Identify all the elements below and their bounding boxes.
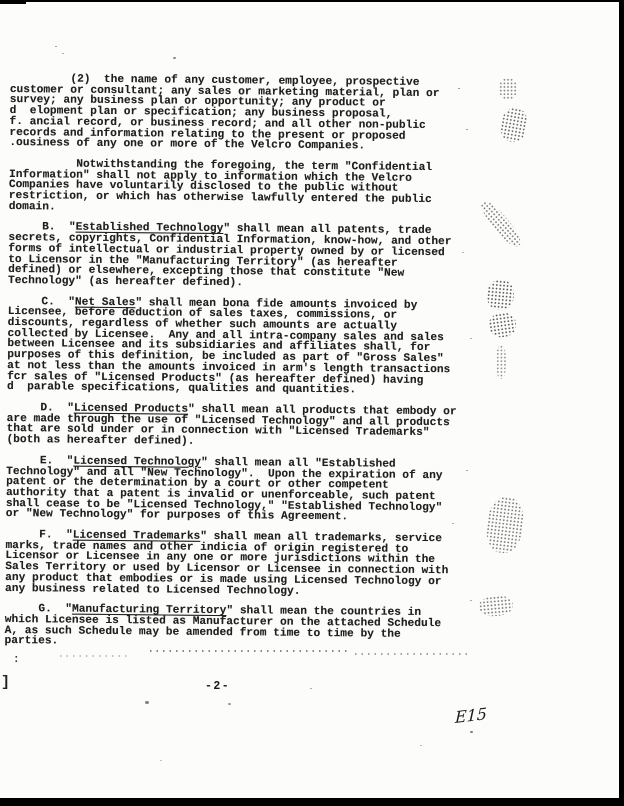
scan-noise-dot [470, 731, 473, 733]
scan-noise-smudge [487, 311, 517, 339]
scan-noise-smudge [477, 197, 525, 250]
paragraph-definition-d-licensed-products: D. "Licensed Products" shall mean all pr… [6, 403, 480, 450]
scan-noise-dot [173, 57, 176, 59]
scan-noise-dot [466, 470, 468, 471]
document-body: (2) the name of any customer, employee, … [4, 74, 484, 662]
scan-noise-smudge [478, 595, 514, 618]
scan-noise-dotted-line [60, 655, 130, 657]
paragraph-clause-2: (2) the name of any customer, employee, … [9, 74, 484, 153]
handwritten-exhibit-mark: E15 [455, 704, 487, 727]
scan-noise-dot [310, 688, 312, 689]
scan-noise-dot [466, 129, 468, 130]
scan-border-top [0, 0, 624, 2]
scan-border-bottom [0, 798, 619, 806]
scan-noise-dot [160, 760, 162, 761]
paragraph-definition-f-licensed-trademarks: F. "Licensed Trademarks" shall mean all … [5, 530, 480, 599]
scan-noise-dot [228, 703, 231, 705]
paragraph-definition-c-net-sales: C. "Net Sales" shall mean bona fide amou… [7, 297, 482, 398]
scan-noise-dot [458, 88, 460, 89]
scan-noise-dotted-line [150, 650, 350, 652]
page-number: -2- [205, 680, 230, 693]
paragraph-definition-g-manufacturing-territory: G. "Manufacturing Territory" shall mean … [4, 604, 478, 651]
scan-noise-smudge [484, 495, 527, 555]
scan-noise-smudge [498, 106, 530, 144]
margin-bracket-mark: ] [1, 674, 10, 691]
scan-noise-dot [145, 701, 149, 704]
scan-noise-smudge [486, 279, 516, 311]
stray-ink-mark: : [13, 654, 20, 666]
scan-noise-dot [448, 420, 450, 421]
scan-noise-dot [55, 46, 57, 47]
scanned-document-page: (2) the name of any customer, employee, … [0, 0, 624, 806]
scan-border-top-left-blob [0, 0, 26, 4]
scan-border-right [619, 0, 624, 806]
scan-noise-smudge [496, 345, 506, 379]
scan-noise-dot [462, 252, 464, 253]
scan-noise-dot [470, 600, 472, 601]
scan-noise-dot [420, 745, 422, 746]
paragraph-definition-e-licensed-technology: E. "Licensed Technology" shall mean all … [6, 456, 481, 525]
paragraph-confidential-information-exception: Notwithstanding the foregoing, the term … [9, 159, 483, 217]
scan-noise-dotted-line [355, 653, 470, 655]
scan-noise-dot [62, 53, 64, 54]
scan-noise-smudge [499, 78, 517, 100]
paragraph-definition-b-established-technology: B. "Established Technology" shall mean a… [8, 222, 483, 291]
scan-noise-dot [470, 338, 472, 339]
scan-noise-dot [437, 250, 439, 251]
scan-noise-dot [452, 523, 454, 524]
